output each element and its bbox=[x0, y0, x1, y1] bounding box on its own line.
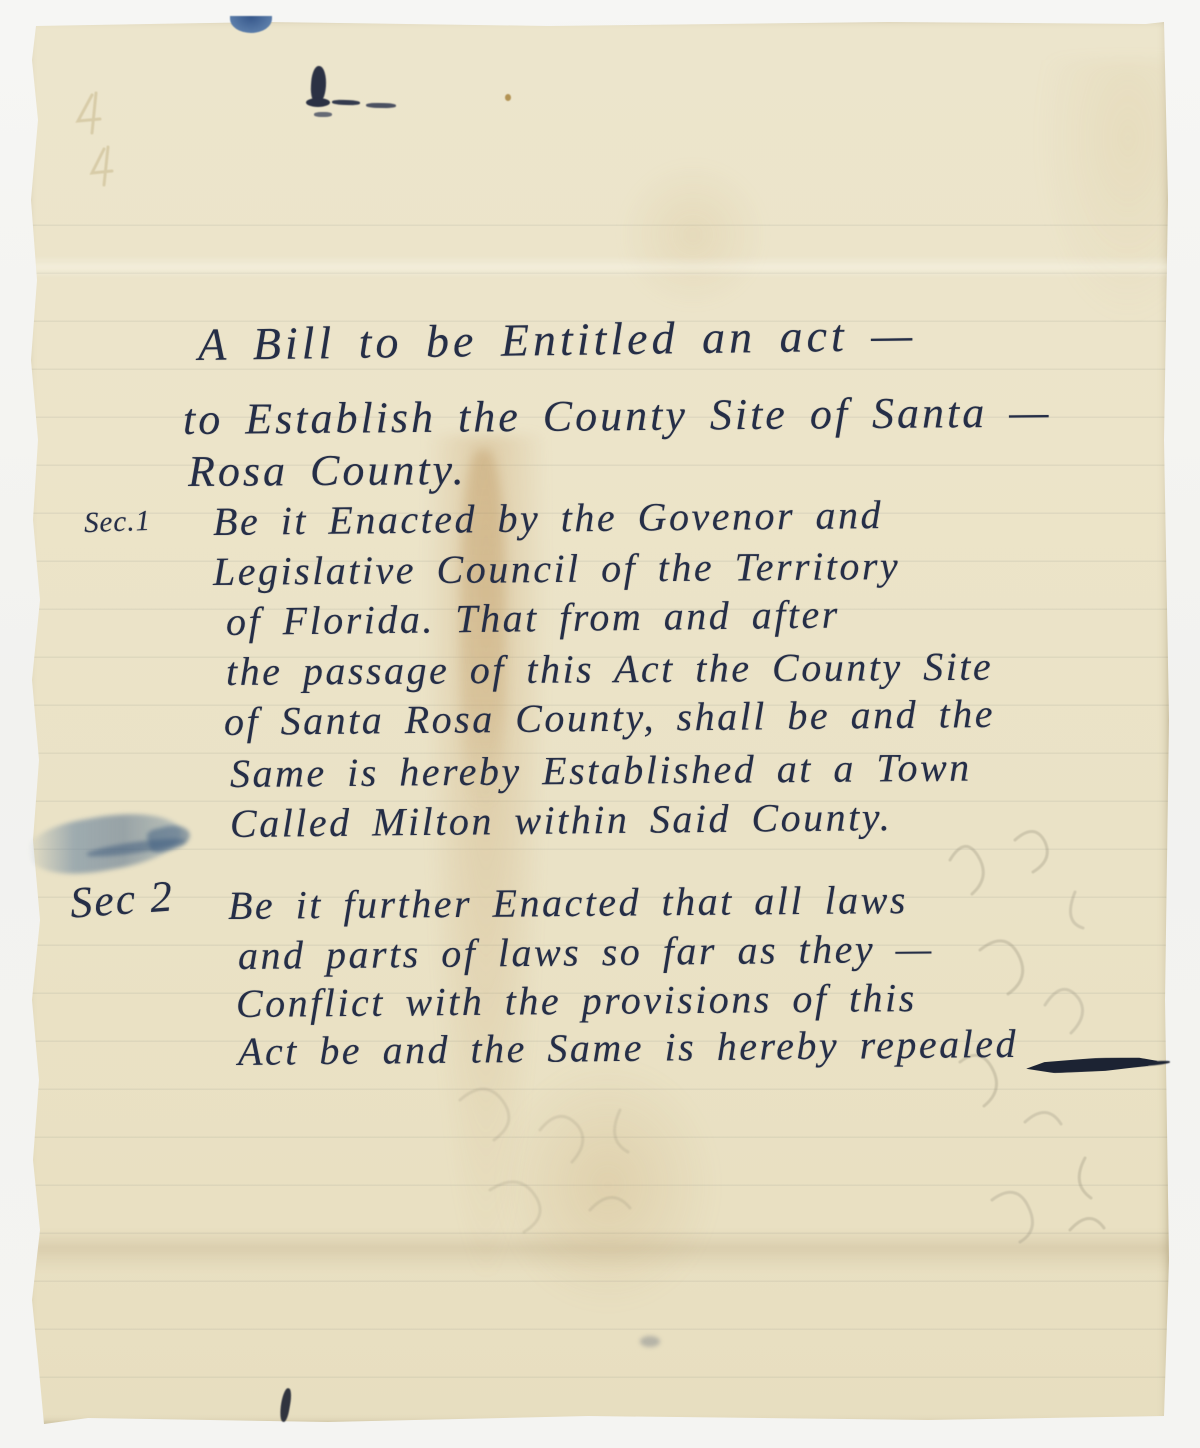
title-text: A Bill to be Entitled an act — bbox=[198, 309, 917, 370]
section-2-line-2: and parts of laws so far as they — bbox=[238, 925, 934, 979]
section-1-line-5: of Santa Rosa County, shall be and the bbox=[224, 690, 995, 745]
section-2-line-1: Be it further Enacted that all laws bbox=[228, 876, 908, 929]
title-line-2: to Establish the County Site of Santa — bbox=[183, 386, 1052, 445]
title-line-1: A Bill to be Entitled an act — bbox=[198, 308, 917, 371]
section-1-line-2: Legislative Council of the Territory bbox=[213, 542, 901, 595]
section-2-line-4: Act be and the Same is hereby repealed bbox=[238, 1020, 1018, 1075]
section-1-line-3: of Florida. That from and after bbox=[226, 591, 840, 645]
title-line-3: Rosa County. bbox=[188, 444, 467, 497]
section-2-label: Sec 2 bbox=[68, 870, 175, 928]
section-1-label: Sec.1 bbox=[83, 505, 151, 540]
section-1-line-1: Be it Enacted by the Govenor and bbox=[213, 491, 884, 545]
scanned-document-page: { "scan": { "background_color": "#f3f3f0… bbox=[0, 0, 1200, 1448]
section-1-line-6: Same is hereby Established at a Town bbox=[230, 744, 972, 797]
section-1-line-4: the passage of this Act the County Site bbox=[226, 643, 993, 695]
section-1-line-7: Called Milton within Said County. bbox=[230, 793, 893, 847]
section-2-line-3: Conflict with the provisions of this bbox=[236, 974, 917, 1027]
